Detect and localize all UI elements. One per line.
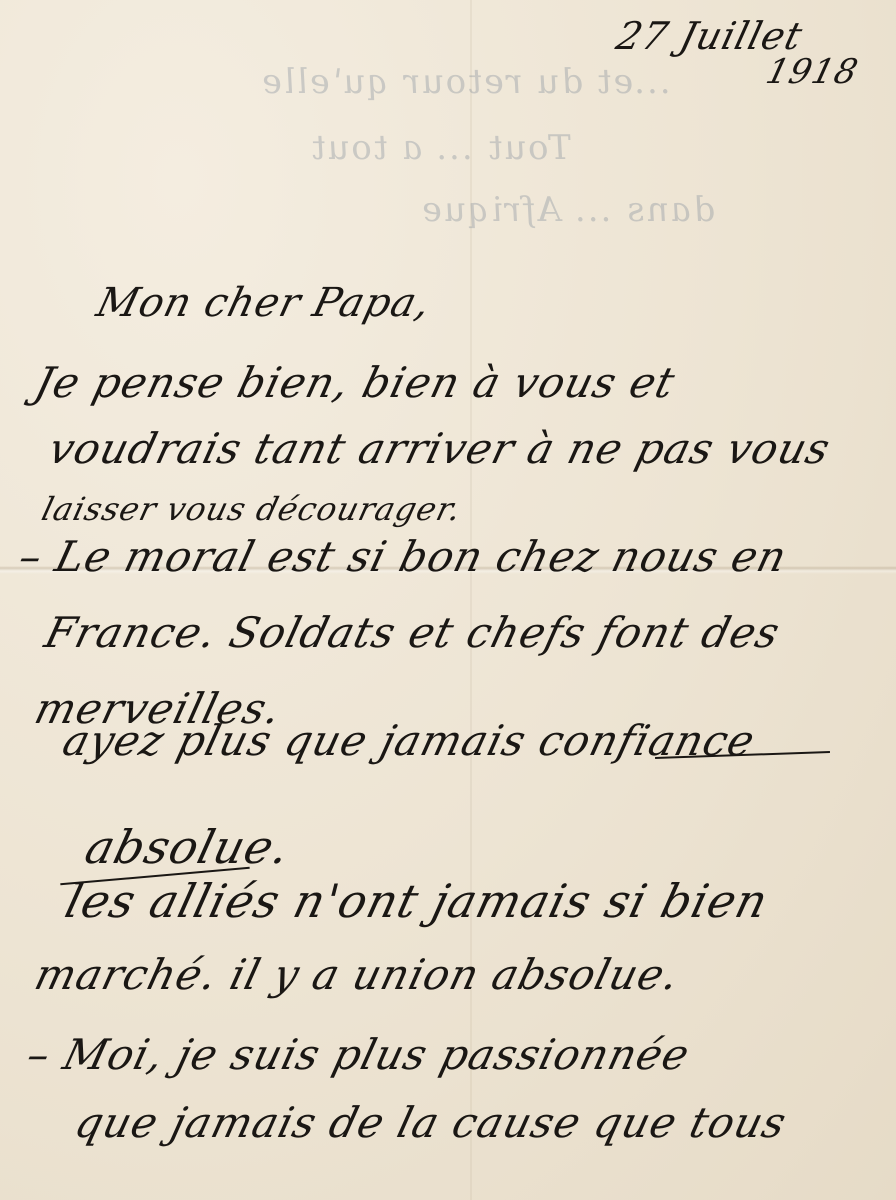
letter-line-11: – Moi, je suis plus passionnée xyxy=(22,1030,695,1079)
letter-page: ...et du retour qu'elle Tout ... a tout … xyxy=(0,0,896,1200)
letter-line-1: Je pense bien, bien à vous et xyxy=(30,358,680,407)
paper-fold-vertical xyxy=(470,0,472,1200)
letter-line-2: voudrais tant arriver à ne pas vous xyxy=(44,424,836,473)
bleed-through-line-2: Tout ... a tout xyxy=(307,128,574,168)
letter-line-9: les alliés n'ont jamais si bien xyxy=(60,874,774,928)
bleed-through-line-3: dans ... Afrique xyxy=(417,190,717,230)
letter-line-4: – Le moral est si bon chez nous en xyxy=(14,532,792,581)
letter-line-10: marché. il y a union absolue. xyxy=(30,950,685,999)
letter-line-12: que jamais de la cause que tous xyxy=(70,1098,792,1147)
letter-line-3: laisser vous décourager. xyxy=(38,490,466,528)
salutation: Mon cher Papa, xyxy=(92,280,436,326)
letter-line-5: France. Soldats et chefs font des xyxy=(40,608,785,657)
bleed-through-line-1: ...et du retour qu'elle xyxy=(257,62,675,102)
letter-line-8: absolue. xyxy=(80,820,296,874)
letter-date-year: 1918 xyxy=(762,52,863,92)
